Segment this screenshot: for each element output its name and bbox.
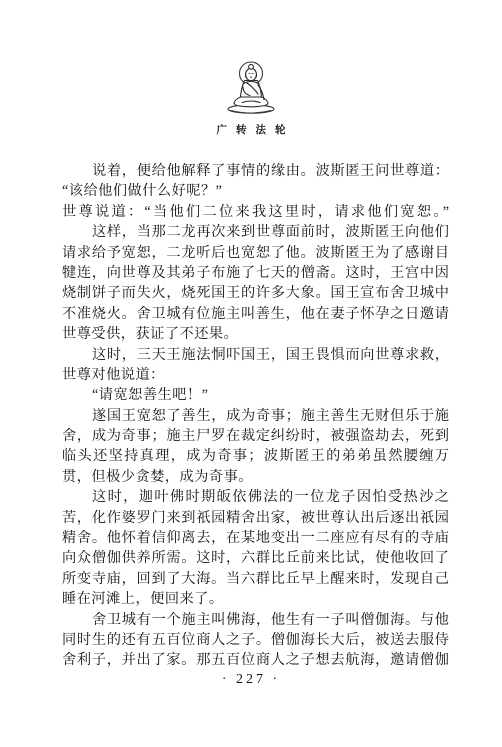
text-line: 苦，化作婆罗门来到祇园精舍出家，被世尊认出后逐出祇园 (62, 508, 449, 528)
text-line: 睡在河滩上，便回来了。 (62, 589, 449, 609)
body-text: 说着，便给他解释了事情的缘由。波斯匿王问世尊道：“该给他们做什么好呢？”世尊说道… (62, 161, 449, 671)
text-line: “请宽恕善生吧！” (62, 385, 449, 405)
text-line: 同时生的还有五百位商人之子。僧伽海长大后，被送去服侍 (62, 630, 449, 650)
book-page: 广转法轮 说着，便给他解释了事情的缘由。波斯匿王问世尊道：“该给他们做什么好呢？… (0, 0, 502, 747)
text-line: 烧制饼子而失火，烧死国王的许多大象。国王宣布舍卫城中 (62, 283, 449, 303)
page-number: · 227 · (0, 672, 502, 688)
text-line: “该给他们做什么好呢？” (62, 181, 449, 201)
text-line: 犍连，向世尊及其弟子布施了七天的僧斋。这时，王宫中因 (62, 263, 449, 283)
text-line: 舍利子，并出了家。那五百位商人之子想去航海，邀请僧伽 (62, 650, 449, 670)
buddha-illustration (209, 58, 293, 120)
text-line: 贯，但极少贪婪，成为奇事。 (62, 467, 449, 487)
chapter-title: 广转法轮 (0, 122, 502, 137)
text-line: 这时，迦叶佛时期皈依佛法的一位龙子因怕受热沙之 (62, 487, 449, 507)
text-line: 这样，当那二龙再次来到世尊面前时，波斯匿王向他们 (62, 222, 449, 242)
text-line: 舍，成为奇事；施主尸罗在裁定纠纷时，被强盗劫去，死到 (62, 426, 449, 446)
text-line: 舍卫城有一个施主叫佛海，他生有一子叫僧伽海。与他 (62, 610, 449, 630)
text-line: 不准烧火。舍卫城有位施主叫善生，他在妻子怀孕之日邀请 (62, 304, 449, 324)
text-line: 世尊受供，获证了不还果。 (62, 324, 449, 344)
text-line: 所变寺庙，回到了大海。当六群比丘早上醒来时，发现自己 (62, 569, 449, 589)
text-line: 精舍。他怀着信仰离去，在某地变出一二座应有尽有的寺庙 (62, 528, 449, 548)
text-line: 请求给予宽恕，二龙听后也宽恕了他。波斯匿王为了感谢目 (62, 243, 449, 263)
text-line: 世尊对他说道： (62, 365, 449, 385)
text-line: 说着，便给他解释了事情的缘由。波斯匿王问世尊道： (62, 161, 449, 181)
text-line: 临头还坚持真理，成为奇事；波斯匿王的弟弟虽然腰缠万 (62, 446, 449, 466)
header-illustration (0, 58, 502, 125)
text-line: 世尊说道：“当他们二位来我这里时，请求他们宽恕。” (62, 202, 449, 222)
text-line: 向众僧伽供养所需。这时，六群比丘前来比试，使他收回了 (62, 548, 449, 568)
text-line: 这时，三天王施法恫吓国王，国王畏惧而向世尊求救， (62, 345, 449, 365)
text-line: 遂国王宽恕了善生，成为奇事；施主善生无财但乐于施 (62, 406, 449, 426)
